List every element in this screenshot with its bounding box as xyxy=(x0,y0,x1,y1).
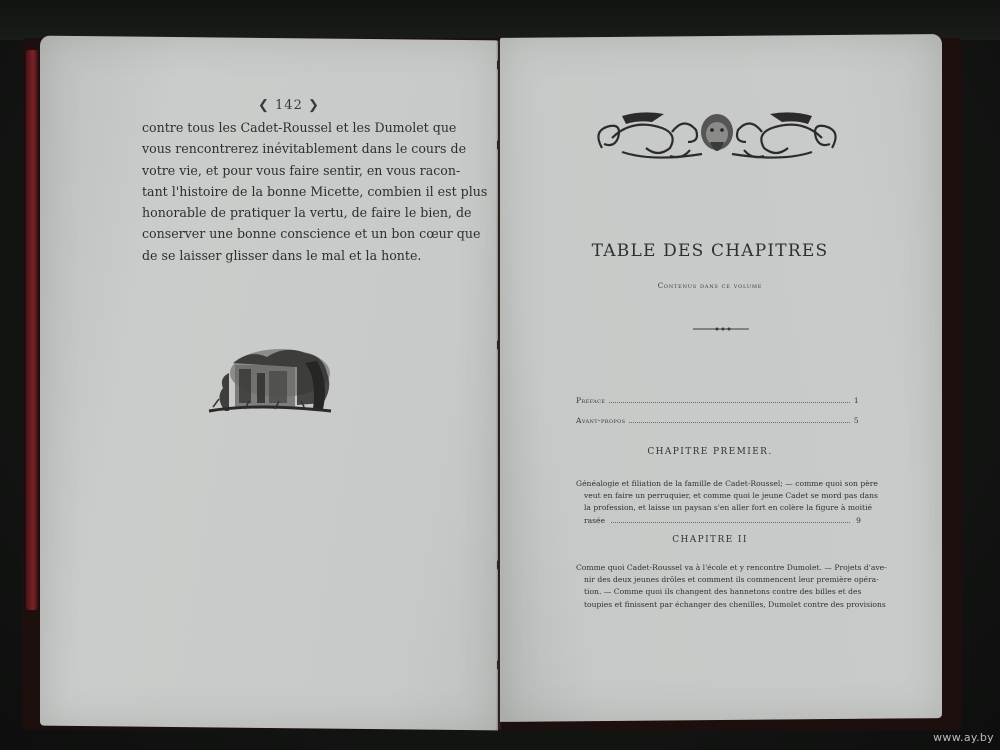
toc-entry-label: Préface xyxy=(576,396,605,405)
chapter-1-page: 9 xyxy=(856,515,861,527)
toc-subtitle: Contenus dans ce volume xyxy=(560,282,860,290)
text-line: honorable de pratiquer la vertu, de fair… xyxy=(142,202,432,223)
summary-line: Généalogie et filiation de la famille de… xyxy=(576,478,861,490)
ruin-woodcut-icon xyxy=(205,343,335,413)
leader-dots xyxy=(609,401,849,403)
text-line: conserver une bonne conscience et un bon… xyxy=(142,223,432,244)
toc-entry-page: 5 xyxy=(854,416,859,425)
text-line: de se laisser glisser dans le mal et la … xyxy=(142,245,432,266)
leader-dots xyxy=(611,522,850,523)
chapter-2-heading: CHAPITRE II xyxy=(560,535,860,545)
red-cover-edge-left xyxy=(26,50,38,610)
chapter-1-heading: CHAPITRE PREMIER. xyxy=(560,447,860,457)
toc-entry-page: 1 xyxy=(854,396,859,405)
chapter-2-summary: Comme quoi Cadet-Roussel va à l'école et… xyxy=(576,562,861,611)
summary-line: la profession, et laisse un paysan s'en … xyxy=(576,502,861,514)
summary-line: tion. — Comme quoi ils changent des hann… xyxy=(576,586,861,598)
summary-line: nir des deux jeunes drôles et comment il… xyxy=(576,574,861,586)
text-line: vous rencontrerez inévitablement dans le… xyxy=(142,138,432,159)
text-line: contre tous les Cadet-Roussel et les Dum… xyxy=(142,117,432,138)
text-line: votre vie, et pour vous faire sentir, en… xyxy=(142,160,432,181)
grotesque-ornament-icon xyxy=(592,108,842,164)
chapter-1-summary: Généalogie et filiation de la famille de… xyxy=(576,478,861,527)
toc-entry-label: Avant-propos xyxy=(576,416,625,425)
summary-line: toupies et finissent par échanger des ch… xyxy=(576,599,861,611)
page-number: ❮ 142 ❯ xyxy=(258,98,320,113)
text-line: tant l'histoire de la bonne Micette, com… xyxy=(142,181,432,202)
leader-dots xyxy=(629,421,849,423)
summary-last-line: rasée 9 xyxy=(576,515,861,527)
toc-entry-preface: Préface 1 xyxy=(576,396,859,405)
toc-title: TABLE DES CHAPITRES xyxy=(560,241,860,261)
summary-line: rasée xyxy=(584,515,605,527)
toc-entry-avant-propos: Avant-propos 5 xyxy=(576,416,859,425)
left-page-body-text: contre tous les Cadet-Roussel et les Dum… xyxy=(142,117,432,266)
photo-scene: ❮ 142 ❯ contre tous les Cadet-Roussel et… xyxy=(0,0,1000,750)
decorative-rule-icon xyxy=(693,326,749,332)
watermark: www.ay.by xyxy=(933,731,994,744)
summary-line: Comme quoi Cadet-Roussel va à l'école et… xyxy=(576,562,861,574)
summary-line: veut en faire un perruquier, et comme qu… xyxy=(576,490,861,502)
